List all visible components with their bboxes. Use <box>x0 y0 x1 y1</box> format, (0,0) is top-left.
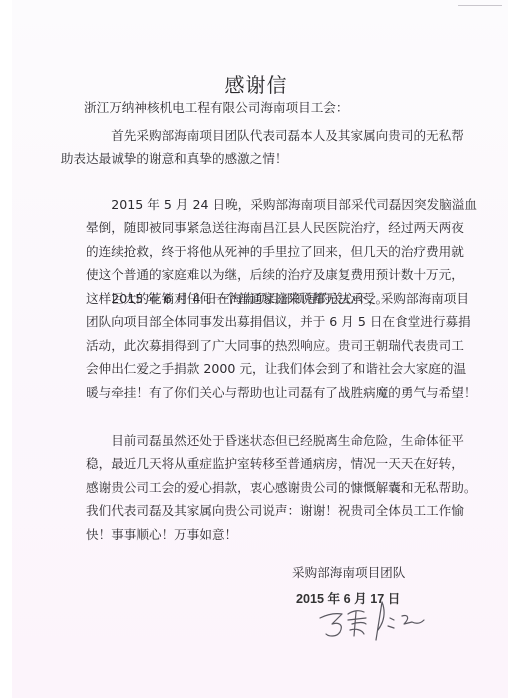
closing-team-name: 采购部海南项目团队 <box>292 562 405 581</box>
letter-salutation: 浙江万纳神核机电工程有限公司海南项目工会： <box>84 97 348 116</box>
paragraph-line: 快！事事顺心！万事如意！ <box>61 523 486 546</box>
paragraph-line: 2015 年 5 月 24 日晚，采购部海南项目部采代司磊因突发脑溢血 <box>86 193 486 216</box>
letter-title: 感谢信 <box>0 69 512 98</box>
paragraph-line: 的连续抢救，终于将他从死神的手里拉了回来，但几天的治疗费用就 <box>61 240 486 263</box>
paragraph-line: 暖与牵挂！有了你们关心与帮助也让司磊有了战胜病魔的勇气与希望！ <box>61 381 486 404</box>
paragraph-line: 首先采购部海南项目团队代表司磊本人及其家属向贵司的无私帮 <box>86 124 486 147</box>
paragraph-4: 目前司磊虽然还处于昏迷状态但已经脱离生命危险，生命体征平 稳，最近几天将从重症监… <box>86 429 486 546</box>
paragraph-1: 首先采购部海南项目团队代表司磊本人及其家属向贵司的无私帮 助表达最诚挚的谢意和真… <box>86 124 486 171</box>
paragraph-line: 感谢贵公司工会的爱心捐款，衷心感谢贵公司的慷慨解囊和无私帮助。 <box>61 476 486 499</box>
paragraph-line: 稳，最近几天将从重症监护室转移至普通病房，情况一天天在好转， <box>61 452 486 475</box>
paragraph-line: 我们代表司磊及其家属向贵公司说声：谢谢！祝贵司全体员工工作愉 <box>61 499 486 522</box>
paragraph-line: 会伸出仁爱之手捐款 2000 元，让我们体会到了和谐社会大家庭的温 <box>61 357 486 380</box>
paragraph-line: 使这个普通的家庭难以为继，后续的治疗及康复费用预计数十万元， <box>61 263 486 286</box>
paragraph-line: 2015 年 6 月 4 日在海南项目部领导的关心下，采购部海南项目 <box>86 287 486 310</box>
thank-you-letter: 感谢信 浙江万纳神核机电工程有限公司海南项目工会： 首先采购部海南项目团队代表司… <box>0 0 512 698</box>
handwritten-signature-icon <box>318 600 428 660</box>
paragraph-line: 助表达最诚挚的谢意和真挚的感激之情！ <box>61 147 486 170</box>
paragraph-line: 团队向项目部全体同事发出募捐倡议，并于 6 月 5 日在食堂进行募捐 <box>61 310 486 333</box>
paragraph-line: 目前司磊虽然还处于昏迷状态但已经脱离生命危险，生命体征平 <box>86 429 486 452</box>
paragraph-3: 2015 年 6 月 4 日在海南项目部领导的关心下，采购部海南项目 团队向项目… <box>86 287 486 404</box>
paragraph-line: 晕倒，随即被同事紧急送往海南昌江县人民医院治疗，经过两天两夜 <box>61 216 486 239</box>
paragraph-line: 活动，此次募捐得到了广大同事的热烈响应。贵司王朝瑞代表贵司工 <box>61 334 486 357</box>
